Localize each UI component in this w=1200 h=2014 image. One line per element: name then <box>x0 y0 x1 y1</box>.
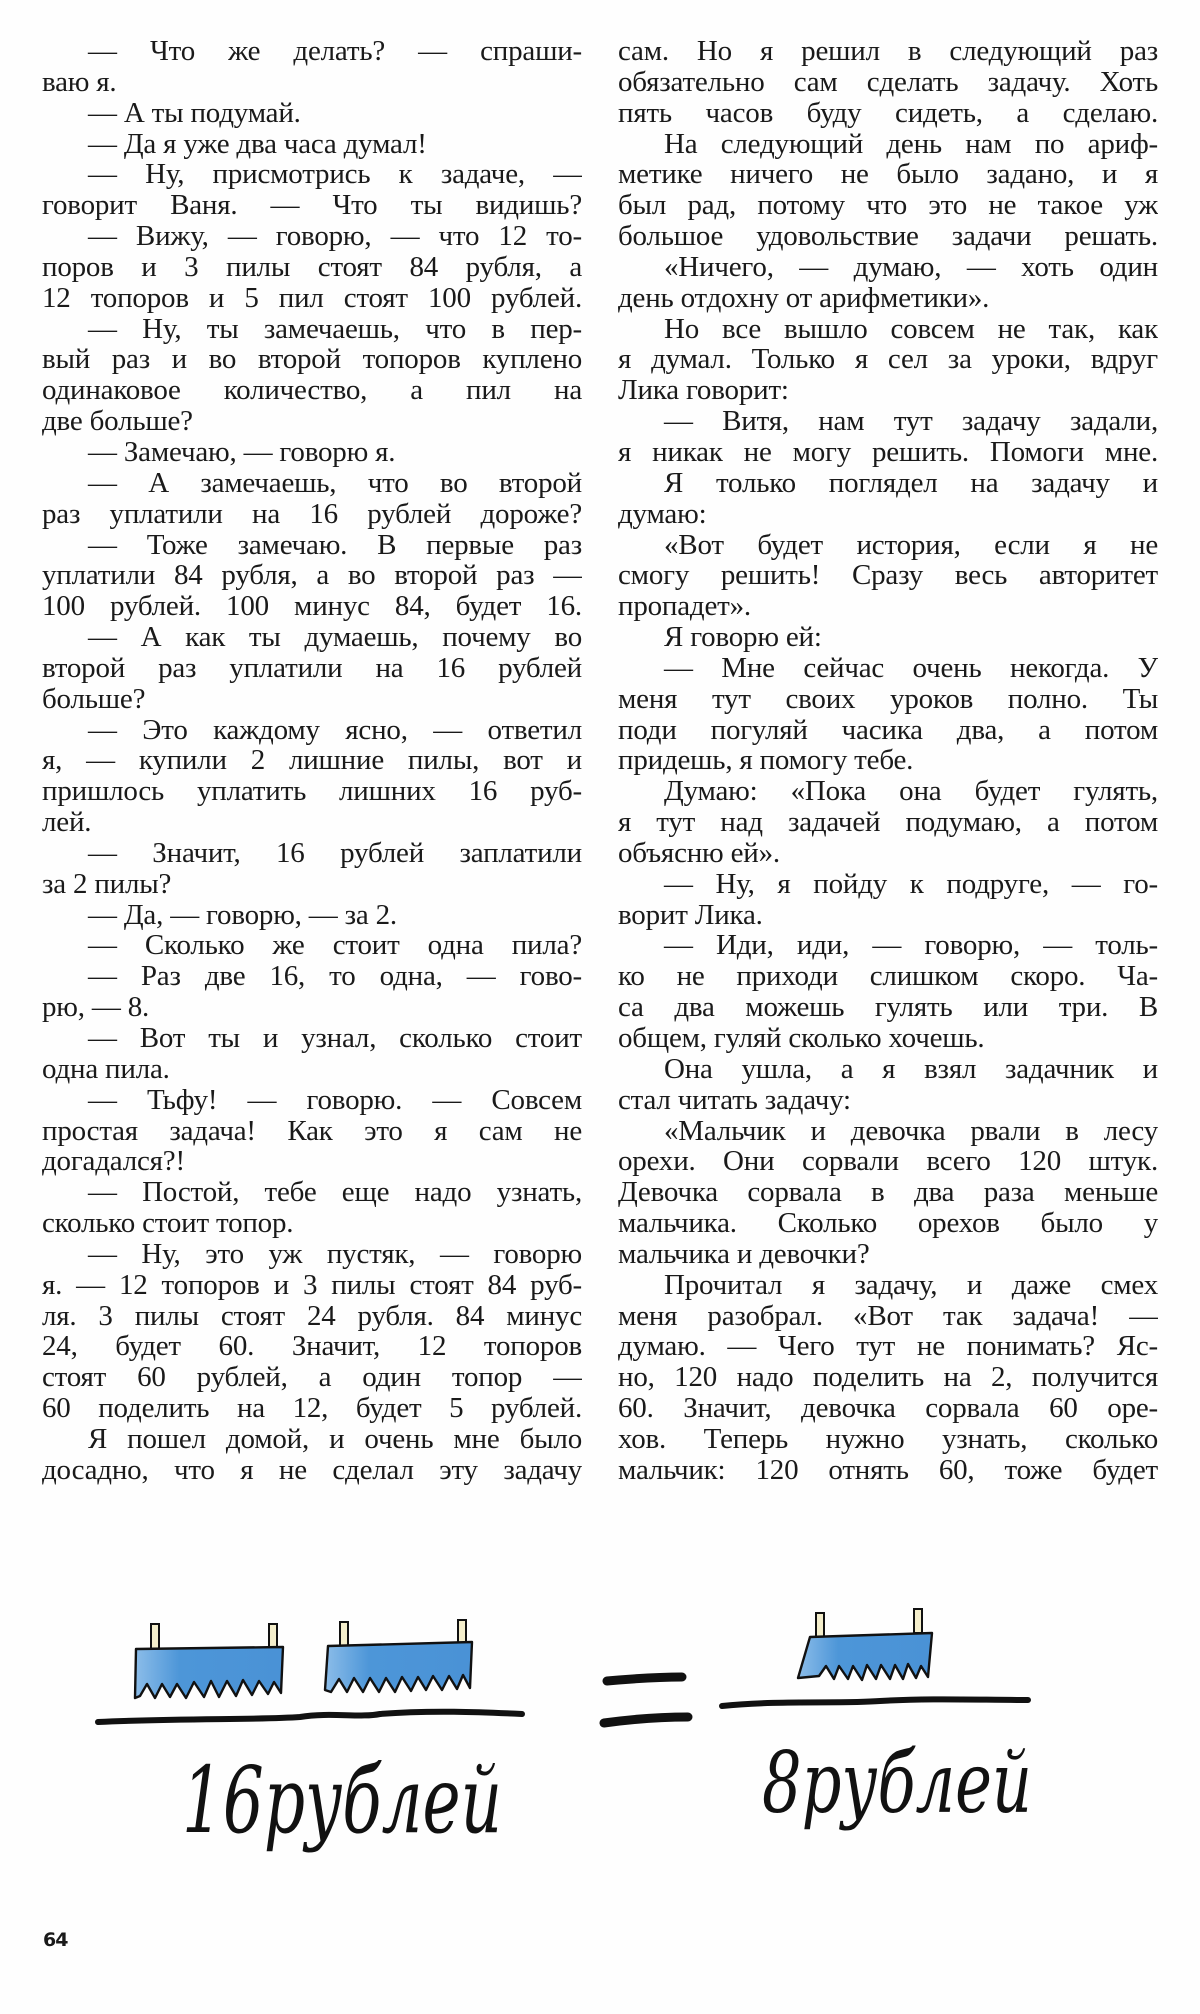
text-line: Но все вышло совсем не так, как <box>618 314 1158 345</box>
text-line: думаю: <box>618 499 1158 530</box>
text-line: орехи. Они сорвали всего 120 штук. <box>618 1146 1158 1177</box>
equals-sign <box>604 1677 688 1723</box>
text-line: стал читать задачу: <box>618 1085 1158 1116</box>
text-line: — Ну, присмотрись к задаче, — <box>42 159 582 190</box>
text-line: — Это каждому ясно, — ответил <box>42 715 582 746</box>
text-line: догадался?! <box>42 1146 582 1177</box>
text-line: метике ничего не было задано, и я <box>618 159 1158 190</box>
text-line: мальчик: 120 отнять 60, тоже будет <box>618 1455 1158 1486</box>
text-line: «Вот будет история, если я не <box>618 530 1158 561</box>
text-line: — А замечаешь, что во второй <box>42 468 582 499</box>
text-column-left: — Что же делать? — спраши-ваю я.— А ты п… <box>42 36 582 1486</box>
text-line: общем, гуляй сколько хочешь. <box>618 1023 1158 1054</box>
text-line: говорит Ваня. — Что ты видишь? <box>42 190 582 221</box>
text-line: смогу решить! Сразу весь авторитет <box>618 560 1158 591</box>
text-line: вый раз и во второй топоров куплено <box>42 344 582 375</box>
text-line: я думал. Только я сел за уроки, вдруг <box>618 344 1158 375</box>
text-line: меня тут своих уроков полно. Ты <box>618 684 1158 715</box>
text-line: придешь, я помогу тебе. <box>618 745 1158 776</box>
text-line: — Да я уже два часа думал! <box>42 129 582 160</box>
text-line: — Ну, ты замечаешь, что в пер- <box>42 314 582 345</box>
text-line: рю, — 8. <box>42 992 582 1023</box>
text-line: думаю. — Чего тут не понимать? Яс- <box>618 1331 1158 1362</box>
saw-icon <box>325 1620 472 1692</box>
text-line: поди погуляй часика два, а потом <box>618 715 1158 746</box>
text-line: я тут над задачей подумаю, а потом <box>618 807 1158 838</box>
text-line: одинаковое количество, а пил на <box>42 375 582 406</box>
text-line: Я говорю ей: <box>618 622 1158 653</box>
saw-price-illustration: 16рублей 8рублей <box>0 1580 1200 1880</box>
text-line: я. — 12 топоров и 3 пилы стоят 84 руб- <box>42 1270 582 1301</box>
text-line: — Вижу, — говорю, — что 12 то- <box>42 221 582 252</box>
text-line: две больше? <box>42 406 582 437</box>
text-line: одна пила. <box>42 1054 582 1085</box>
text-line: — Тьфу! — говорю. — Совсем <box>42 1085 582 1116</box>
text-column-right: сам. Но я решил в следующий разобязатель… <box>618 36 1158 1486</box>
text-line: большое удовольствие задачи решать. <box>618 221 1158 252</box>
text-line: я никак не могу решить. Помоги мне. <box>618 437 1158 468</box>
text-line: был рад, потому что это не такое уж <box>618 190 1158 221</box>
text-line: — А как ты думаешь, почему во <box>42 622 582 653</box>
text-line: — Замечаю, — говорю я. <box>42 437 582 468</box>
text-line: ко не приходи слишком скоро. Ча- <box>618 961 1158 992</box>
text-line: Я пошел домой, и очень мне было <box>42 1424 582 1455</box>
text-line: больше? <box>42 684 582 715</box>
text-line: пришлось уплатить лишних 16 руб- <box>42 776 582 807</box>
text-line: Лика говорит: <box>618 375 1158 406</box>
denominator-left-label: 16рублей <box>182 1747 502 1854</box>
text-line: уплатили 84 рубля, а во второй раз — <box>42 560 582 591</box>
page-number: 64 <box>43 1929 67 1951</box>
text-line: Я только поглядел на задачу и <box>618 468 1158 499</box>
text-line: Прочитал я задачу, и даже смех <box>618 1270 1158 1301</box>
fraction-bar-right <box>722 1699 1028 1706</box>
book-page: — Что же делать? — спраши-ваю я.— А ты п… <box>0 0 1200 2014</box>
text-line: — Постой, тебе еще надо узнать, <box>42 1177 582 1208</box>
text-line: — Что же делать? — спраши- <box>42 36 582 67</box>
text-line: за 2 пилы? <box>42 869 582 900</box>
text-line: Девочка сорвала в два раза меньше <box>618 1177 1158 1208</box>
text-line: но, 120 надо поделить на 2, получится <box>618 1362 1158 1393</box>
text-line: меня разобрал. «Вот так задача! — <box>618 1301 1158 1332</box>
text-line: ваю я. <box>42 67 582 98</box>
text-line: стоят 60 рублей, а один топор — <box>42 1362 582 1393</box>
text-line: — Да, — говорю, — за 2. <box>42 900 582 931</box>
text-line: лей. <box>42 807 582 838</box>
text-line: мальчика. Сколько орехов было у <box>618 1208 1158 1239</box>
saw-icon <box>798 1609 932 1680</box>
text-line: я, — купили 2 лишние пилы, вот и <box>42 745 582 776</box>
text-line: са два можешь гулять или три. В <box>618 992 1158 1023</box>
text-line: — Значит, 16 рублей заплатили <box>42 838 582 869</box>
text-line: «Мальчик и девочка рвали в лесу <box>618 1116 1158 1147</box>
text-line: мальчика и девочки? <box>618 1239 1158 1270</box>
text-line: объясню ей». <box>618 838 1158 869</box>
text-line: Думаю: «Пока она будет гулять, <box>618 776 1158 807</box>
text-line: — Витя, нам тут задачу задали, <box>618 406 1158 437</box>
text-line: сам. Но я решил в следующий раз <box>618 36 1158 67</box>
text-line: поров и 3 пилы стоят 84 рубля, а <box>42 252 582 283</box>
text-line: простая задача! Как это я сам не <box>42 1116 582 1147</box>
text-line: обязательно сам сделать задачу. Хоть <box>618 67 1158 98</box>
text-line: — Вот ты и узнал, сколько стоит <box>42 1023 582 1054</box>
text-line: день отдохну от арифметики». <box>618 283 1158 314</box>
text-line: 12 топоров и 5 пил стоят 100 рублей. <box>42 283 582 314</box>
text-line: 60 поделить на 12, будет 5 рублей. <box>42 1393 582 1424</box>
text-line: досадно, что я не сделал эту задачу <box>42 1455 582 1486</box>
text-line: — Иди, иди, — говорю, — толь- <box>618 930 1158 961</box>
text-line: — А ты подумай. <box>42 98 582 129</box>
text-line: 60. Значит, девочка сорвала 60 оре- <box>618 1393 1158 1424</box>
text-line: второй раз уплатили на 16 рублей <box>42 653 582 684</box>
text-line: хов. Теперь нужно узнать, сколько <box>618 1424 1158 1455</box>
text-line: пропадет». <box>618 591 1158 622</box>
text-line: ля. 3 пилы стоят 24 рубля. 84 минус <box>42 1301 582 1332</box>
text-line: 24, будет 60. Значит, 12 топоров <box>42 1331 582 1362</box>
text-line: «Ничего, — думаю, — хоть один <box>618 252 1158 283</box>
text-line: раз уплатили на 16 рублей дороже? <box>42 499 582 530</box>
text-line: — Раз две 16, то одна, — гово- <box>42 961 582 992</box>
text-line: — Сколько же стоит одна пила? <box>42 930 582 961</box>
text-line: Она ушла, а я взял задачник и <box>618 1054 1158 1085</box>
text-line: — Мне сейчас очень некогда. У <box>618 653 1158 684</box>
text-line: — Тоже замечаю. В первые раз <box>42 530 582 561</box>
denominator-right-label: 8рублей <box>762 1734 1032 1832</box>
saw-icon <box>135 1624 283 1698</box>
fraction-bar-left <box>98 1712 522 1722</box>
text-line: сколько стоит топор. <box>42 1208 582 1239</box>
text-line: — Ну, я пойду к подруге, — го- <box>618 869 1158 900</box>
text-line: 100 рублей. 100 минус 84, будет 16. <box>42 591 582 622</box>
text-line: На следующий день нам по ариф- <box>618 129 1158 160</box>
text-line: — Ну, это уж пустяк, — говорю <box>42 1239 582 1270</box>
text-line: пять часов буду сидеть, а сделаю. <box>618 98 1158 129</box>
text-line: ворит Лика. <box>618 900 1158 931</box>
